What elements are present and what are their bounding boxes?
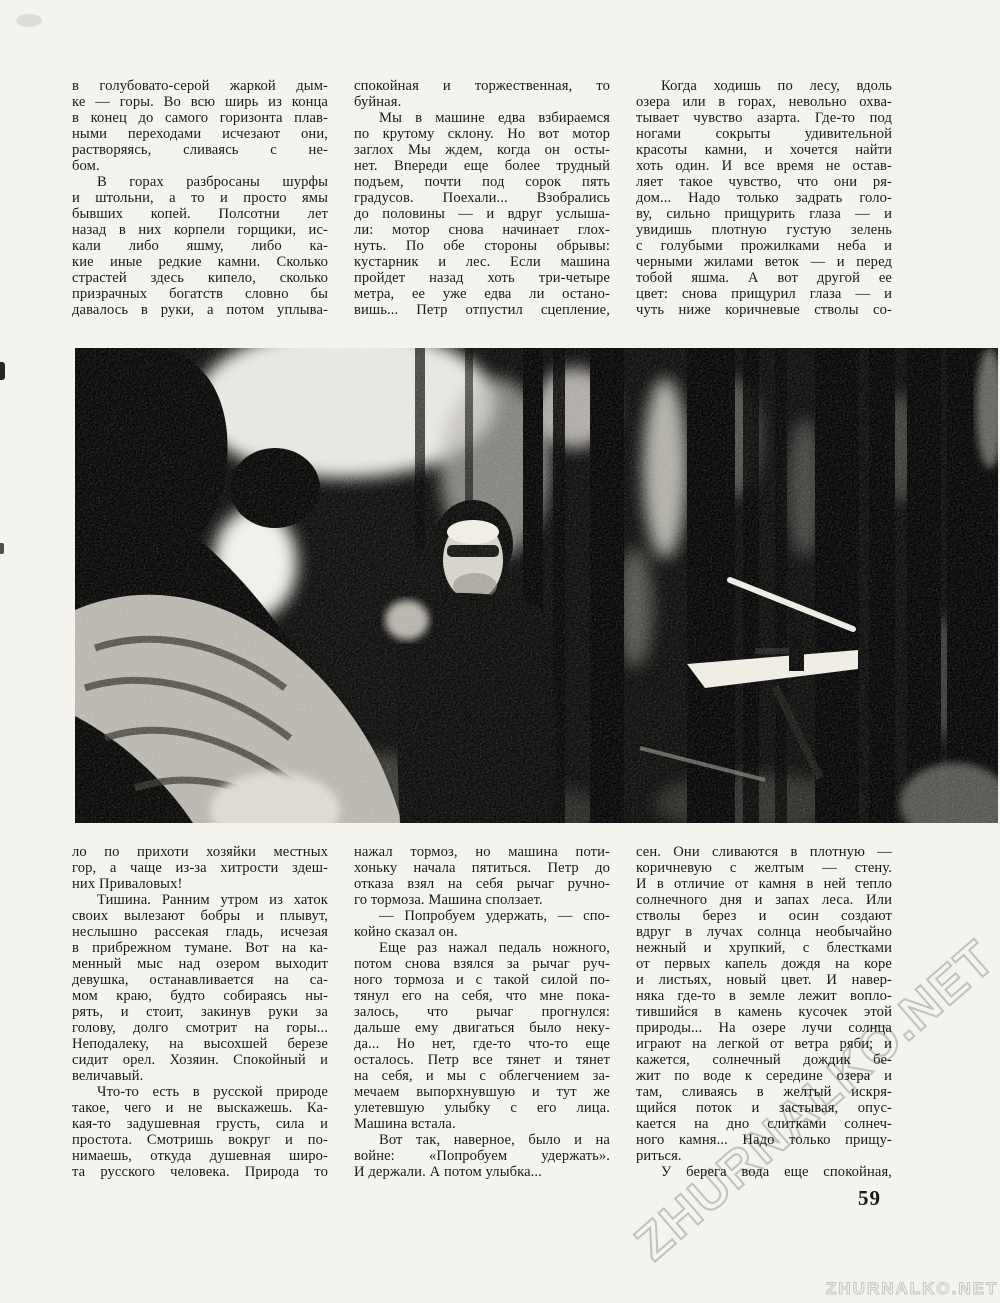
- photo-image: [75, 348, 998, 823]
- text-line: го тормоза. Машина сползает.: [354, 892, 610, 908]
- text-line: улетевшую улыбку с его лица.: [354, 1100, 610, 1116]
- text-line: щийся поток и застывая, опус-: [636, 1100, 892, 1116]
- text-line: кажется, солнечный дождик бе-: [636, 1052, 892, 1068]
- text-line: вишь... Петр отпустил сцепление,: [354, 302, 610, 318]
- text-line: нуть. По обе стороны обрывы:: [354, 238, 610, 254]
- text-line: бывших копей. Полсотни лет: [72, 206, 328, 222]
- text-line: от первых капель дождя на коре: [636, 956, 892, 972]
- text-line: хоньку начала пятиться. Петр до: [354, 860, 610, 876]
- text-line: в голубовато-серой жаркой дым-: [72, 78, 328, 94]
- text-line: мечаем выпорхнувшую и тут же: [354, 1084, 610, 1100]
- text-line: солнечного дня и запах леса. Или: [636, 892, 892, 908]
- text-line: В горах разбросаны шурфы: [72, 174, 328, 190]
- text-line: давалось в руки, а потом уплыва-: [72, 302, 328, 318]
- text-line: сидит орел. Хозяин. Спокойный и: [72, 1052, 328, 1068]
- text-line: дальше ему двигаться было неку-: [354, 1020, 610, 1036]
- text-line: призрачных богатств словно бы: [72, 286, 328, 302]
- text-line: такое, чего и не выскажешь. Ка-: [72, 1100, 328, 1116]
- text-line: Тишина. Ранним утром из хаток: [72, 892, 328, 908]
- text-column-bottom-left: ло по прихоти хозяйки местныхгор, а чаще…: [72, 844, 328, 1180]
- text-line: простота. Смотришь вокруг и по-: [72, 1132, 328, 1148]
- text-column-bottom-right: сен. Они сливаются в плотную —коричневую…: [636, 844, 892, 1180]
- text-line: чуть ниже коричневые стволы со-: [636, 302, 892, 318]
- text-line: тянул его на себя, что мне пока-: [354, 988, 610, 1004]
- text-line: тившийся в камень кусочек этой: [636, 1004, 892, 1020]
- text-line: цвет: снова прищурил глаза — и: [636, 286, 892, 302]
- text-column-bottom-middle: нажал тормоз, но машина поти-хоньку нача…: [354, 844, 610, 1180]
- text-line: и листьях, новый цвет. И навер-: [636, 972, 892, 988]
- text-line: стволы берез и осин создают: [636, 908, 892, 924]
- text-line: страстей здесь кипело, сколько: [72, 270, 328, 286]
- text-line: залось, что рычаг прогнулся:: [354, 1004, 610, 1020]
- text-line: менный мыс над озером выходит: [72, 956, 328, 972]
- text-line: буйная.: [354, 94, 610, 110]
- scan-smudge: [16, 14, 42, 27]
- text-line: красоты камни, и хочется найти: [636, 142, 892, 158]
- text-line: черными жилами веток — и перед: [636, 254, 892, 270]
- text-line: вдруг в лучах солнца необычайно: [636, 924, 892, 940]
- text-line: озера или в горах, невольно охва-: [636, 94, 892, 110]
- text-line: мом краю, будто собираясь ны-: [72, 988, 328, 1004]
- text-line: войне: «Попробуем удержать».: [354, 1148, 610, 1164]
- text-line: природы... На озере лучи солнца: [636, 1020, 892, 1036]
- text-line: спокойная и торжественная, то: [354, 78, 610, 94]
- photo-forest-scene: [75, 348, 998, 823]
- text-line: койно сказал он.: [354, 924, 610, 940]
- text-line: там, сливаясь в желтый искря-: [636, 1084, 892, 1100]
- text-line: Когда ходишь по лесу, вдоль: [636, 78, 892, 94]
- text-line: нет. Впереди еще более трудный: [354, 158, 610, 174]
- text-line: гор, а чаще из-за хитрости здеш-: [72, 860, 328, 876]
- text-line: голову, долго смотрит на горы...: [72, 1020, 328, 1036]
- text-line: ке — горы. Во всю ширь из конца: [72, 94, 328, 110]
- text-line: И в отличие от камня в ней тепло: [636, 876, 892, 892]
- text-line: своих вылезают бобры и плывут,: [72, 908, 328, 924]
- text-line: няка где-то в земле лежит вопло-: [636, 988, 892, 1004]
- text-line: Неподалеку, на высохшей березе: [72, 1036, 328, 1052]
- text-line: коричневую с желтым — стену.: [636, 860, 892, 876]
- text-line: неслышно рассекая гладь, исчезая: [72, 924, 328, 940]
- text-line: пройдет назад хоть три-четыре: [354, 270, 610, 286]
- text-line: У берега вода еще спокойная,: [636, 1164, 892, 1180]
- text-line: рять, и стоит, закинув руки за: [72, 1004, 328, 1020]
- text-line: нимаешь, откуда душевная широ-: [72, 1148, 328, 1164]
- text-line: в конец до самого горизонта плав-: [72, 110, 328, 126]
- text-line: ло по прихоти хозяйки местных: [72, 844, 328, 860]
- text-line: тобой яшма. А вот другой ее: [636, 270, 892, 286]
- text-line: в прибрежном тумане. Вот на ка-: [72, 940, 328, 956]
- text-line: жит по воде к середине озера и: [636, 1068, 892, 1084]
- text-line: кие иные редкие камни. Сколько: [72, 254, 328, 270]
- text-line: ного камня... Надо только прищу-: [636, 1132, 892, 1148]
- text-line: Что-то есть в русской природе: [72, 1084, 328, 1100]
- text-line: нажал тормоз, но машина поти-: [354, 844, 610, 860]
- page-number: 59: [858, 1186, 881, 1211]
- text-line: градусов. Поехали... Взобрались: [354, 190, 610, 206]
- text-line: ляет такое чувство, что они ря-: [636, 174, 892, 190]
- text-line: по крутому склону. Но вот мотор: [354, 126, 610, 142]
- text-line: до половины — и вдруг услыша-: [354, 206, 610, 222]
- text-column-top-left: в голубовато-серой жаркой дым-ке — горы.…: [72, 78, 328, 318]
- text-line: увидишь плотную густую зелень: [636, 222, 892, 238]
- text-line: кустарник и лес. Если машина: [354, 254, 610, 270]
- text-line: нежный и хрупкий, с блестками: [636, 940, 892, 956]
- text-line: растворяясь, сливаясь с не-: [72, 142, 328, 158]
- text-line: и штольни, а то и просто ямы: [72, 190, 328, 206]
- text-line: — Попробуем удержать, — спо-: [354, 908, 610, 924]
- text-line: с голубыми прожилками неба и: [636, 238, 892, 254]
- text-line: заглох Мы ждем, когда он осты-: [354, 142, 610, 158]
- text-line: осталось. Петр все тянет и тянет: [354, 1052, 610, 1068]
- text-line: величавый.: [72, 1068, 328, 1084]
- text-line: кая-то задушевная грусть, сила и: [72, 1116, 328, 1132]
- text-line: ли: мотор снова начинает глох-: [354, 222, 610, 238]
- text-line: Еще раз нажал педаль ножного,: [354, 940, 610, 956]
- text-line: тывает чувство азарта. Где-то под: [636, 110, 892, 126]
- text-line: бом.: [72, 158, 328, 174]
- text-column-top-middle: спокойная и торжественная, тобуйная.Мы в…: [354, 78, 610, 318]
- text-line: Вот так, наверное, было и на: [354, 1132, 610, 1148]
- text-line: риться.: [636, 1148, 892, 1164]
- text-line: Машина встала.: [354, 1116, 610, 1132]
- text-line: ными переходами исчезают они,: [72, 126, 328, 142]
- text-line: подъем, почти под сорок пять: [354, 174, 610, 190]
- text-line: сен. Они сливаются в плотную —: [636, 844, 892, 860]
- photo-grain: [75, 348, 998, 823]
- text-line: да... Но нет, где-то что-то еще: [354, 1036, 610, 1052]
- text-line: Мы в машине едва взбираемся: [354, 110, 610, 126]
- scan-edge-mark: [0, 362, 5, 380]
- text-line: метра, ее уже едва ли остано-: [354, 286, 610, 302]
- text-line: отказа взял на себя рычаг ручно-: [354, 876, 610, 892]
- text-line: И держали. А потом улыбка...: [354, 1164, 610, 1180]
- text-line: на себя, и мы с облегчением за-: [354, 1068, 610, 1084]
- text-line: кали либо яшму, либо ка-: [72, 238, 328, 254]
- scan-edge-mark: [0, 543, 4, 554]
- text-column-top-right: Когда ходишь по лесу, вдольозера или в г…: [636, 78, 892, 318]
- text-line: девушка, останавливается на са-: [72, 972, 328, 988]
- text-line: них Приваловых!: [72, 876, 328, 892]
- magazine-page: ZHURNALKO.NET в голубовато-серой жаркой …: [0, 0, 1000, 1303]
- text-line: кается на дно слитками солнеч-: [636, 1116, 892, 1132]
- text-line: играют на легкой от ветра ряби; и: [636, 1036, 892, 1052]
- text-line: ного тормоза и с такой силой по-: [354, 972, 610, 988]
- text-line: назад в них корпели горщики, ис-: [72, 222, 328, 238]
- text-line: дом... Надо только задрать голо-: [636, 190, 892, 206]
- text-line: ву, сильно прищурить глаза — и: [636, 206, 892, 222]
- text-line: потом снова взялся за рычаг руч-: [354, 956, 610, 972]
- watermark-corner: ZHURNALKO.NET: [826, 1279, 998, 1299]
- text-line: хоть один. И все время не остав-: [636, 158, 892, 174]
- text-line: та русского человека. Природа то: [72, 1164, 328, 1180]
- text-line: ногами сокрыты удивительной: [636, 126, 892, 142]
